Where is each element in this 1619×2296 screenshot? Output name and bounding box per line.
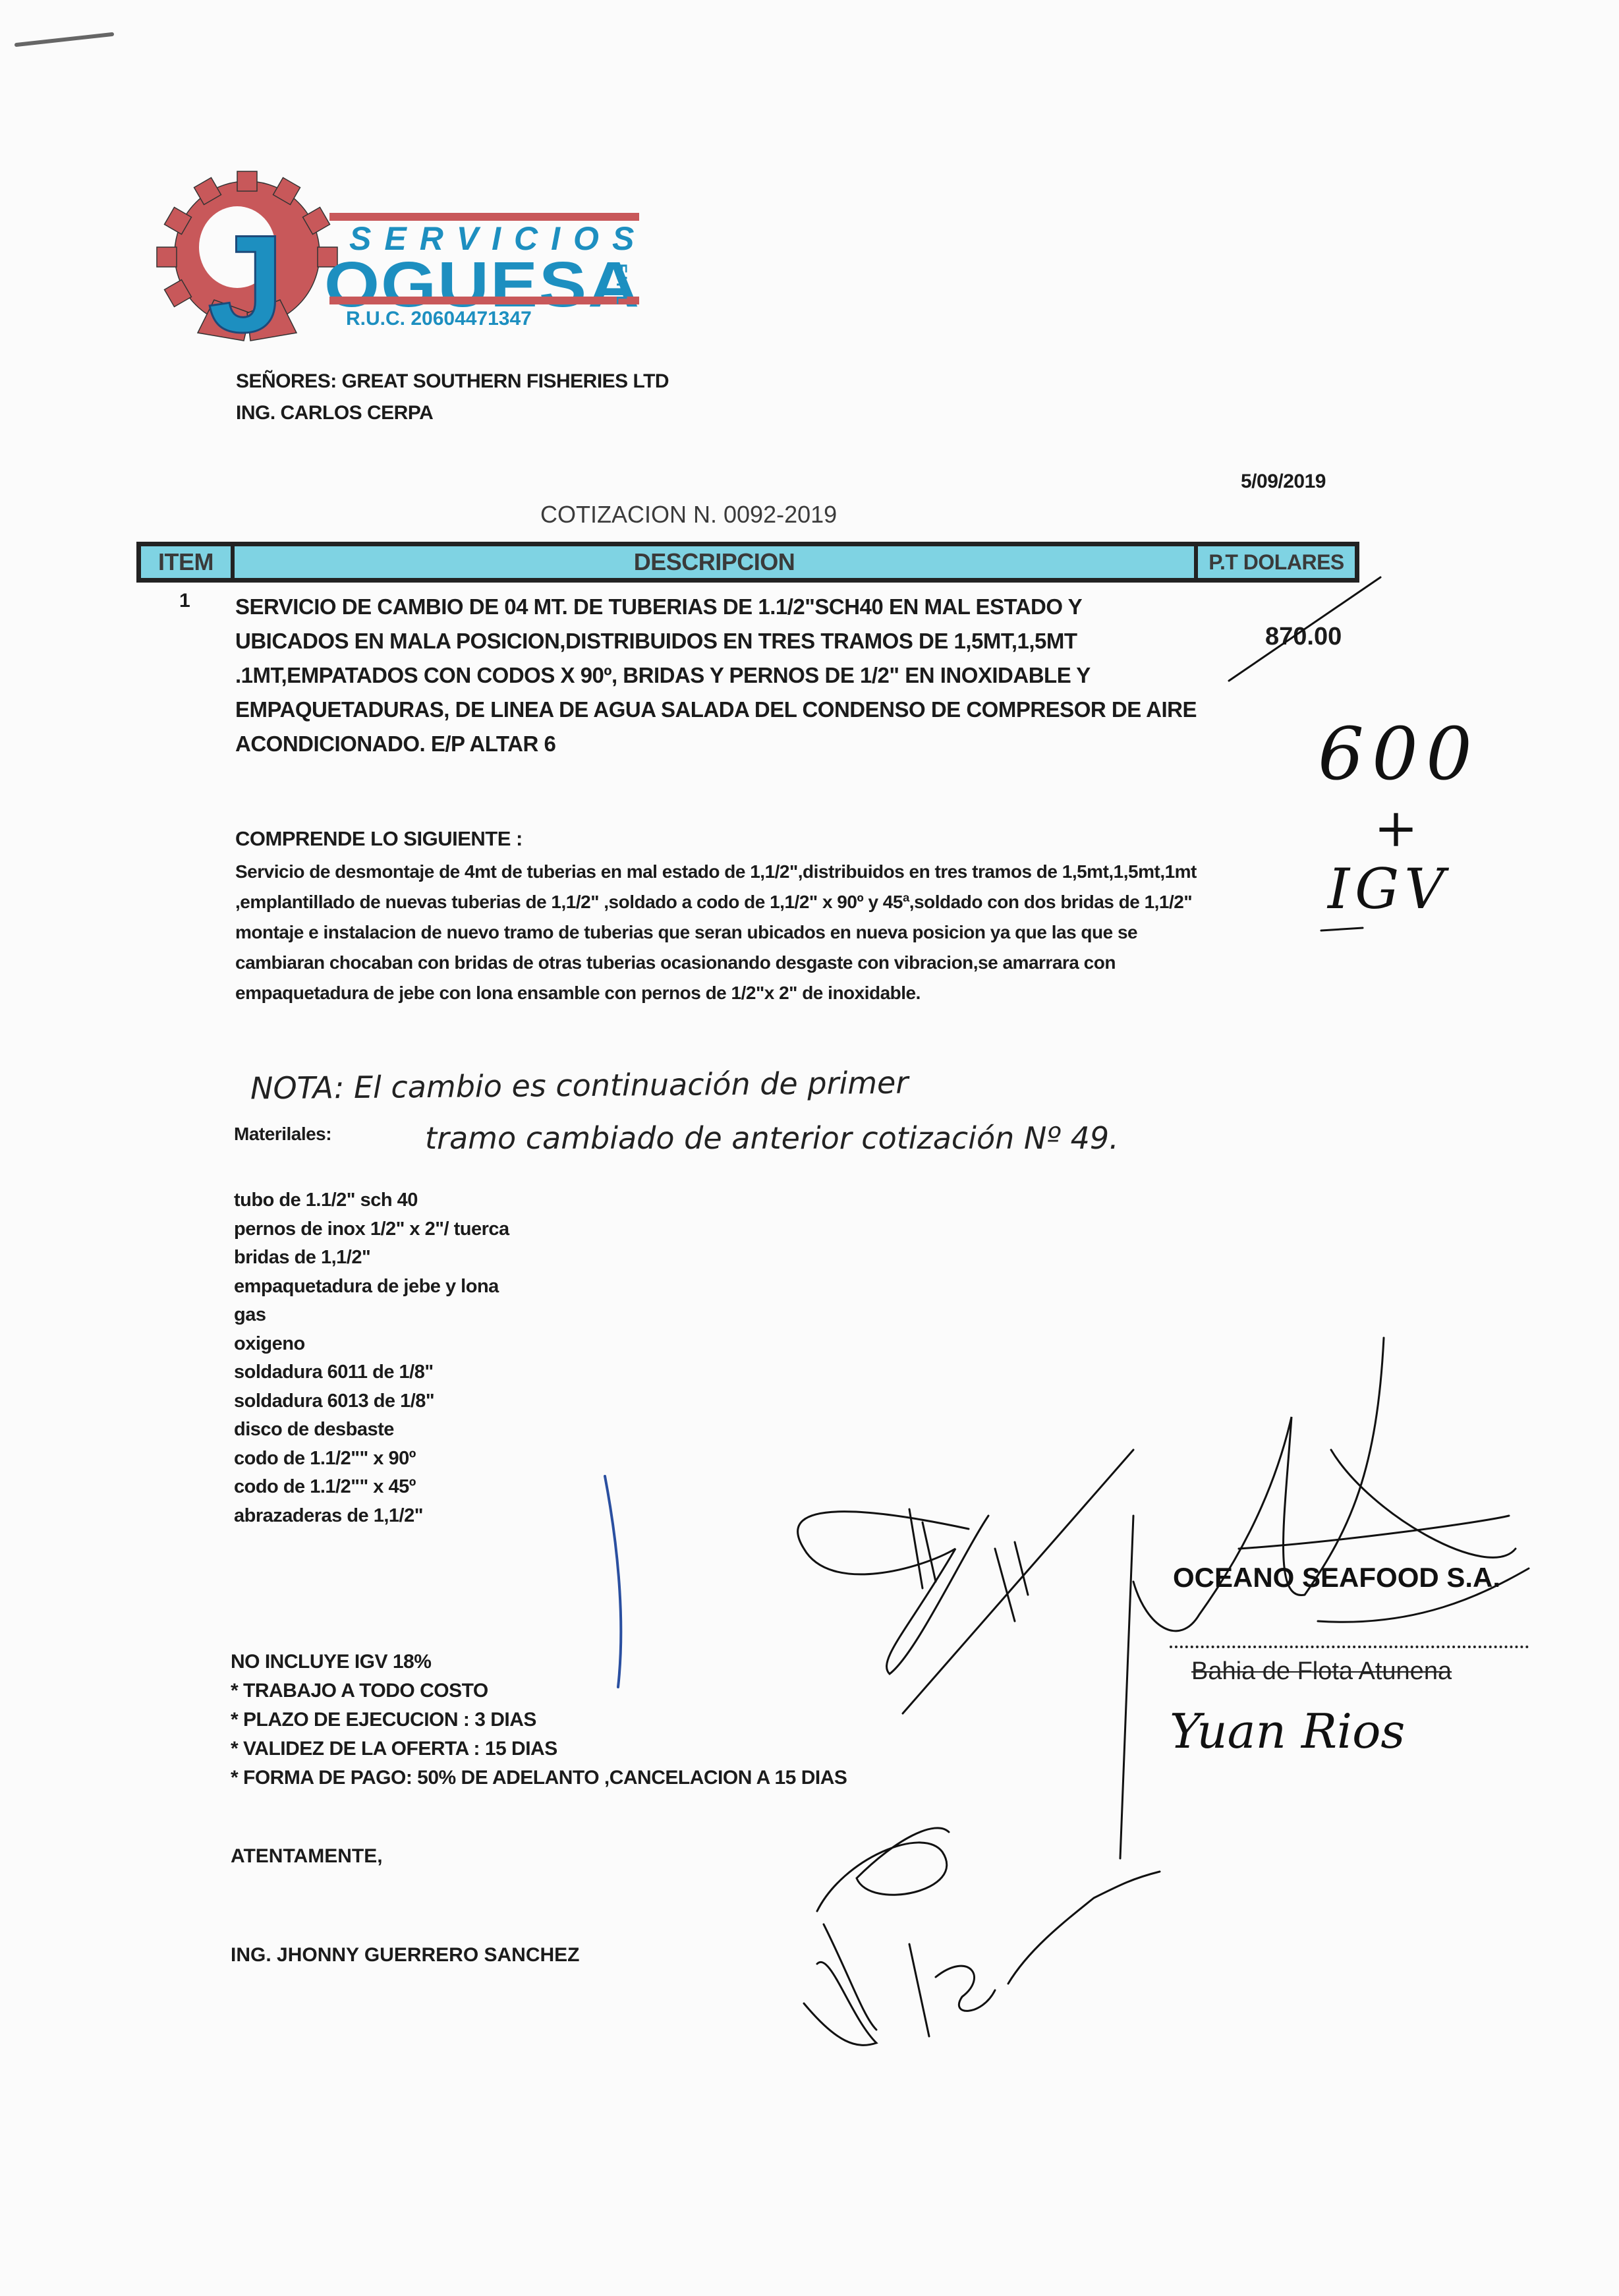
header-description: DESCRIPCION xyxy=(235,546,1194,578)
signature-3 xyxy=(817,1828,949,1911)
row-item-number: 1 xyxy=(179,590,190,612)
materials-list: tubo de 1.1/2" sch 40 pernos de inox 1/2… xyxy=(234,1186,509,1530)
recipient-person: ING. CARLOS CERPA xyxy=(236,402,433,424)
handwritten-plus: + xyxy=(1374,797,1418,859)
handwritten-name: Yuan Rios xyxy=(1170,1704,1405,1759)
material-item: empaquetadura de jebe y lona xyxy=(234,1273,509,1302)
material-item: oxigeno xyxy=(234,1330,509,1359)
handwritten-note-line2: tramo cambiado de anterior cotización Nº… xyxy=(425,1120,1119,1156)
header-item: ITEM xyxy=(141,546,231,578)
signature-line xyxy=(1170,1646,1529,1648)
document-date: 5/09/2019 xyxy=(1241,471,1326,493)
handwritten-tax: IGV xyxy=(1328,857,1450,921)
condition-term: * PLAZO DE EJECUCION : 3 DIAS xyxy=(231,1706,847,1735)
handwritten-price: 600 xyxy=(1318,712,1480,796)
condition-igv: NO INCLUYE IGV 18% xyxy=(231,1648,847,1677)
condition-cost: * TRABAJO A TODO COSTO xyxy=(231,1677,847,1706)
material-item: gas xyxy=(234,1301,509,1330)
logo-suffix: EIRL xyxy=(613,264,630,307)
material-item: soldadura 6013 de 1/8" xyxy=(234,1387,509,1416)
material-item: disco de desbaste xyxy=(234,1416,509,1445)
material-item: soldadura 6011 de 1/8" xyxy=(234,1358,509,1387)
company-ruc: R.U.C. 20604471347 xyxy=(346,308,532,330)
material-item: pernos de inox 1/2" x 2"/ tuerca xyxy=(234,1215,509,1244)
material-item: codo de 1.1/2"" x 90º xyxy=(234,1445,509,1474)
header-price: P.T DOLARES xyxy=(1198,546,1355,578)
table-header: ITEM DESCRIPCION P.T DOLARES xyxy=(136,542,1359,583)
pen-mark xyxy=(16,34,112,45)
material-item: abrazaderas de 1,1/2" xyxy=(234,1502,509,1531)
stamp-company: OCEANO SEAFOOD S.A. xyxy=(1173,1562,1500,1593)
materials-label: Materilales: xyxy=(234,1124,331,1145)
row-price: 870.00 xyxy=(1265,623,1342,651)
condition-payment: * FORMA DE PAGO: 50% DE ADELANTO ,CANCEL… xyxy=(231,1764,847,1793)
row-description: SERVICIO DE CAMBIO DE 04 MT. DE TUBERIAS… xyxy=(235,590,1197,761)
material-item: bridas de 1,1/2" xyxy=(234,1244,509,1273)
handwritten-note-line1: NOTA: El cambio es continuación de prime… xyxy=(250,1065,909,1106)
closing: ATENTAMENTE, xyxy=(231,1845,383,1868)
material-item: codo de 1.1/2"" x 45º xyxy=(234,1473,509,1502)
material-item: tubo de 1.1/2" sch 40 xyxy=(234,1186,509,1215)
scope-body: Servicio de desmontaje de 4mt de tuberia… xyxy=(235,857,1224,1008)
recipient-company: SEÑORES: GREAT SOUTHERN FISHERIES LTD xyxy=(236,370,669,393)
logo-initial: J xyxy=(208,204,285,364)
signer-name: ING. JHONNY GUERRERO SANCHEZ xyxy=(231,1944,580,1966)
scope-title: COMPRENDE LO SIGUIENTE : xyxy=(235,827,523,851)
company-logo: J SERVICIOS OGUESA EIRL R.U.C. 206044713… xyxy=(152,168,626,346)
quotation-title: COTIZACION N. 0092-2019 xyxy=(540,501,837,529)
condition-validity: * VALIDEZ DE LA OFERTA : 15 DIAS xyxy=(231,1735,847,1764)
conditions-list: NO INCLUYE IGV 18% * TRABAJO A TODO COST… xyxy=(231,1648,847,1793)
stamp-department: Bahia de Flota Atunena xyxy=(1191,1657,1452,1686)
